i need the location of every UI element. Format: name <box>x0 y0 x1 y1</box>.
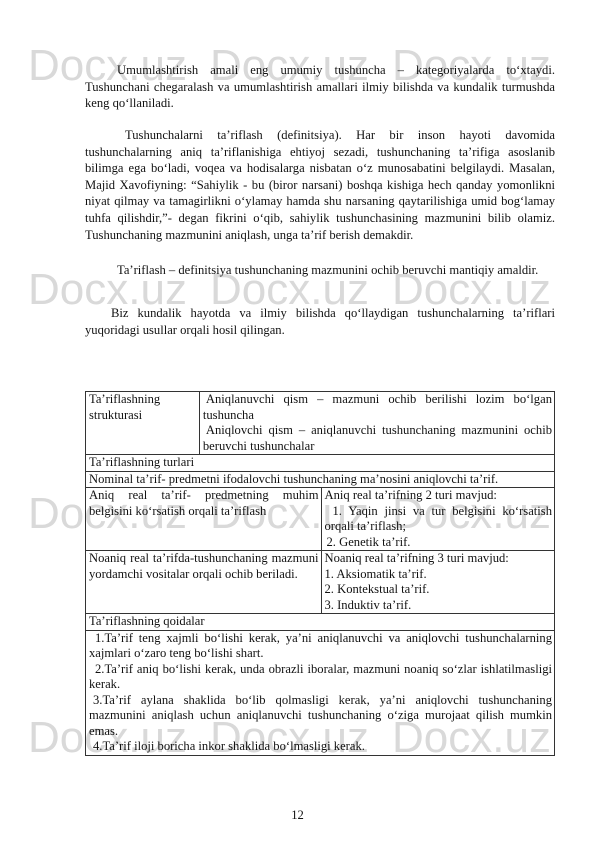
paragraph-generalization: Umumlashtirish amali eng umumiy tushunch… <box>85 62 555 112</box>
table-row-rules-header: Ta’riflashning qoidalar <box>86 614 555 631</box>
table-row-nominal: Nominal ta’rif- predmetni ifodalovchi tu… <box>86 471 555 488</box>
inexact-real-types: Noaniq real ta’rifning 3 turi mavjud: 1.… <box>321 551 555 614</box>
types-header: Ta’riflashning turlari <box>86 455 555 472</box>
structure-parts: Aniqlanuvchi qism – mazmuni ochib berili… <box>199 392 554 455</box>
rule-item: 2.Ta’rif aniq bo‘lishi kerak, unda obraz… <box>89 662 552 693</box>
rules-list: 1.Ta’rif teng xajmli bo‘lishi kerak, ya’… <box>86 630 555 755</box>
inexact-real-item: 3. Induktiv ta’rif. <box>325 598 553 614</box>
exact-real-item: 1. Yaqin jinsi va tur belgisini ko‘rsati… <box>325 504 553 535</box>
inexact-real-item: 1. Aksiomatik ta’rif. <box>325 567 553 583</box>
exact-real-definition: Aniq real ta’rif- predmetning muhim belg… <box>86 488 322 551</box>
inexact-real-intro: Noaniq real ta’rifning 3 turi mavjud: <box>325 551 553 567</box>
paragraph-everyday-definitions: Biz kundalik hayotda va ilmiy bilishda q… <box>85 305 555 338</box>
paragraph-definition-meaning: Ta’riflash – definitsiya tushunchaning m… <box>85 262 555 279</box>
exact-real-types: Aniq real ta’rifning 2 turi mavjud: 1. Y… <box>321 488 555 551</box>
table-row-types-header: Ta’riflashning turlari <box>86 455 555 472</box>
table-row-inexact-real: Noaniq real ta’rifda-tushunchaning mazmu… <box>86 551 555 614</box>
rules-header: Ta’riflashning qoidalar <box>86 614 555 631</box>
table-row-exact-real: Aniq real ta’rif- predmetning muhim belg… <box>86 488 555 551</box>
structure-label: Ta’riflashning strukturasi <box>86 392 200 455</box>
table-row-rules: 1.Ta’rif teng xajmli bo‘lishi kerak, ya’… <box>86 630 555 755</box>
exact-real-item: 2. Genetik ta’rif. <box>325 535 553 551</box>
table-row-structure: Ta’riflashning strukturasi Aniqlanuvchi … <box>86 392 555 455</box>
rule-item: 4.Ta’rif iloji boricha inkor shaklida bo… <box>89 739 552 755</box>
structure-part: Aniqlanuvchi qism – mazmuni ochib berili… <box>203 392 552 423</box>
exact-real-intro: Aniq real ta’rifning 2 turi mavjud: <box>325 488 553 504</box>
rule-item: 3.Ta’rif aylana shaklida bo‘lib qolmasli… <box>89 693 552 740</box>
definition-table: Ta’riflashning strukturasi Aniqlanuvchi … <box>85 391 555 756</box>
rule-item: 1.Ta’rif teng xajmli bo‘lishi kerak, ya’… <box>89 631 552 662</box>
paragraph-definition-intro: Tushunchalarni ta’riflash (definitsiya).… <box>85 127 555 243</box>
inexact-real-item: 2. Kontekstual ta’rif. <box>325 582 553 598</box>
structure-part: Aniqlovchi qism – aniqlanuvchi tushuncha… <box>203 423 552 454</box>
nominal-definition: Nominal ta’rif- predmetni ifodalovchi tu… <box>86 471 555 488</box>
inexact-real-definition: Noaniq real ta’rifda-tushunchaning mazmu… <box>86 551 322 614</box>
page-number: 12 <box>0 808 595 823</box>
